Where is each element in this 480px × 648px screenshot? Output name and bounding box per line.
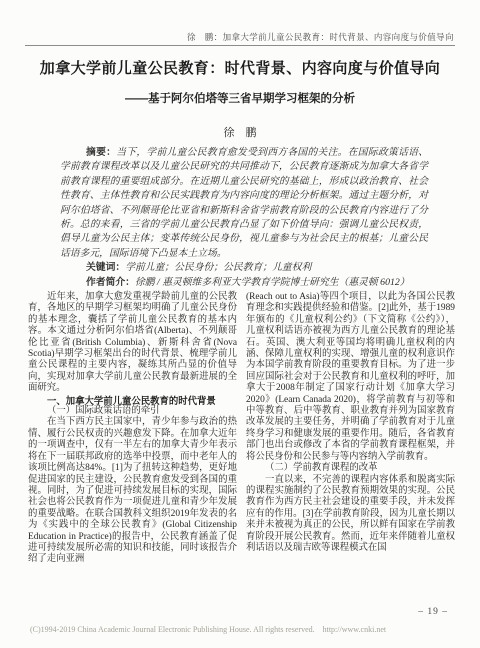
header-rule [25, 45, 455, 46]
right-column: (Reach out to Asia)等四个项目，以此为各国公民教育理念和实践提… [246, 292, 455, 566]
keywords-line: 关键词：学前儿童；公民身份；公民教育；儿童权利 [60, 261, 428, 275]
abstract-label: 摘要： [86, 147, 116, 158]
article-subtitle: ——基于阿尔伯塔等三省早期学习框架的分析 [0, 90, 480, 106]
abstract-block: 摘要：当下，学前儿童公民教育愈发受到西方各国的关注。在国际政策话语、学前教育课程… [60, 146, 428, 290]
subsection-heading: （一）国际政策话语的牵引 [28, 406, 237, 417]
running-header: 徐 鹏：加拿大学前儿童公民教育：时代背景、内容向度与价值导向 [187, 31, 454, 43]
author-bio-line: 作者简介：徐鹏 / 惠灵顿维多利亚大学教育学院博士研究生（惠灵顿 6012） [60, 276, 428, 290]
abstract-paragraph: 摘要：当下，学前儿童公民教育愈发受到西方各国的关注。在国际政策话语、学前教育课程… [60, 146, 428, 261]
body-paragraph: (Reach out to Asia)等四个项目，以此为各国公民教育理念和实践提… [246, 292, 455, 463]
journal-page: 徐 鹏：加拿大学前儿童公民教育：时代背景、内容向度与价值导向 加拿大学前儿童公民… [0, 0, 480, 648]
keywords-text: 学前儿童；公民身份；公民教育；儿童权利 [125, 262, 311, 273]
keywords-label: 关键词： [86, 262, 125, 273]
author-name: 徐 鹏 [0, 124, 480, 140]
body-paragraph: 一直以来，不完善的课程内容体系和脱离实际的课程实施制约了公民教育预期效果的实现。… [246, 475, 455, 555]
article-title: 加拿大学前儿童公民教育：时代背景、内容向度与价值导向 [0, 57, 480, 78]
page-number: – 19 – [418, 607, 448, 617]
abstract-text: 当下，学前儿童公民教育愈发受到西方各国的关注。在国际政策话语、学前教育课程改革以… [60, 147, 428, 259]
author-bio-label: 作者简介： [86, 277, 135, 288]
copyright-footer: (C)1994-2019 China Academic Journal Elec… [30, 625, 470, 634]
subsection-heading: （二）学前教育课程的改革 [246, 463, 455, 474]
body-paragraph: 在当下西方民主国家中，青少年参与政治的热情、履行公民权责的兴趣愈发下降。在加拿大… [28, 417, 237, 565]
left-column: 近年来，加拿大愈发重视学龄前儿童的公民教育，各地区的早期学习框架均明确了儿童公民… [28, 292, 237, 566]
section-heading: 一、加拿大学前儿童公民教育的时代背景 [28, 395, 237, 406]
body-columns: 近年来，加拿大愈发重视学龄前儿童的公民教育，各地区的早期学习框架均明确了儿童公民… [28, 292, 455, 566]
author-bio-text: 徐鹏 / 惠灵顿维多利亚大学教育学院博士研究生（惠灵顿 6012） [135, 277, 410, 288]
body-paragraph: 近年来，加拿大愈发重视学龄前儿童的公民教育，各地区的早期学习框架均明确了儿童公民… [28, 292, 237, 395]
